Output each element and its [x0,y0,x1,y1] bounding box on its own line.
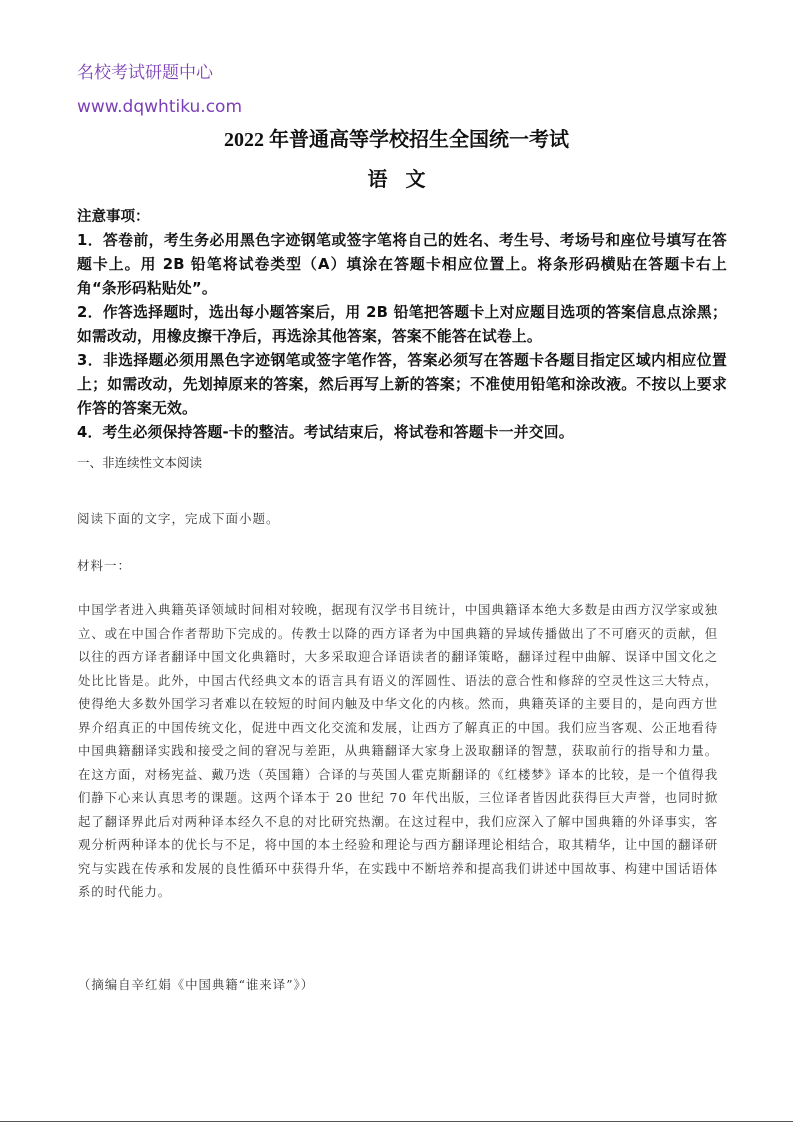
reading-instruction: 阅读下面的文字，完成下面小题。 [77,509,280,529]
exam-page: 名校考试研题中心 www.dqwhtiku.com 2022 年普通高等学校招生… [0,0,793,1122]
material-label: 材料一： [77,556,131,576]
notice-heading: 注意事项： [77,206,150,228]
watermark-name: 名校考试研题中心 [77,62,213,84]
notice-item-1: 1．答卷前，考生务必用黑色字迹钢笔或签字笔将自己的姓名、考生号、考场号和座位号填… [77,229,727,301]
exam-title: 2022 年普通高等学校招生全国统一考试 [0,126,793,154]
notice-item-3: 3．非选择题必须用黑色字迹钢笔或签字笔作答，答案必须写在答题卡各题目指定区域内相… [77,349,727,421]
notice-item-4: 4．考生必须保持答题-卡的整洁。考试结束后，将试卷和答题卡一并交回。 [77,421,727,445]
notice-list: 1．答卷前，考生务必用黑色字迹钢笔或签字笔将自己的姓名、考生号、考场号和座位号填… [77,229,727,445]
subject-title: 语文 [0,165,793,193]
section-title: 一、非连续性文本阅读 [77,453,202,473]
material-passage: 中国学者进入典籍英译领域时间相对较晚，据现有汉学书目统计，中国典籍译本绝大多数是… [78,598,718,904]
passage-source: （摘编自辛红娟《中国典籍“谁来译”》） [78,975,314,995]
watermark-url[interactable]: www.dqwhtiku.com [77,96,242,118]
notice-item-2: 2．作答选择题时，选出每小题答案后，用 2B 铅笔把答题卡上对应题目选项的答案信… [77,301,727,349]
